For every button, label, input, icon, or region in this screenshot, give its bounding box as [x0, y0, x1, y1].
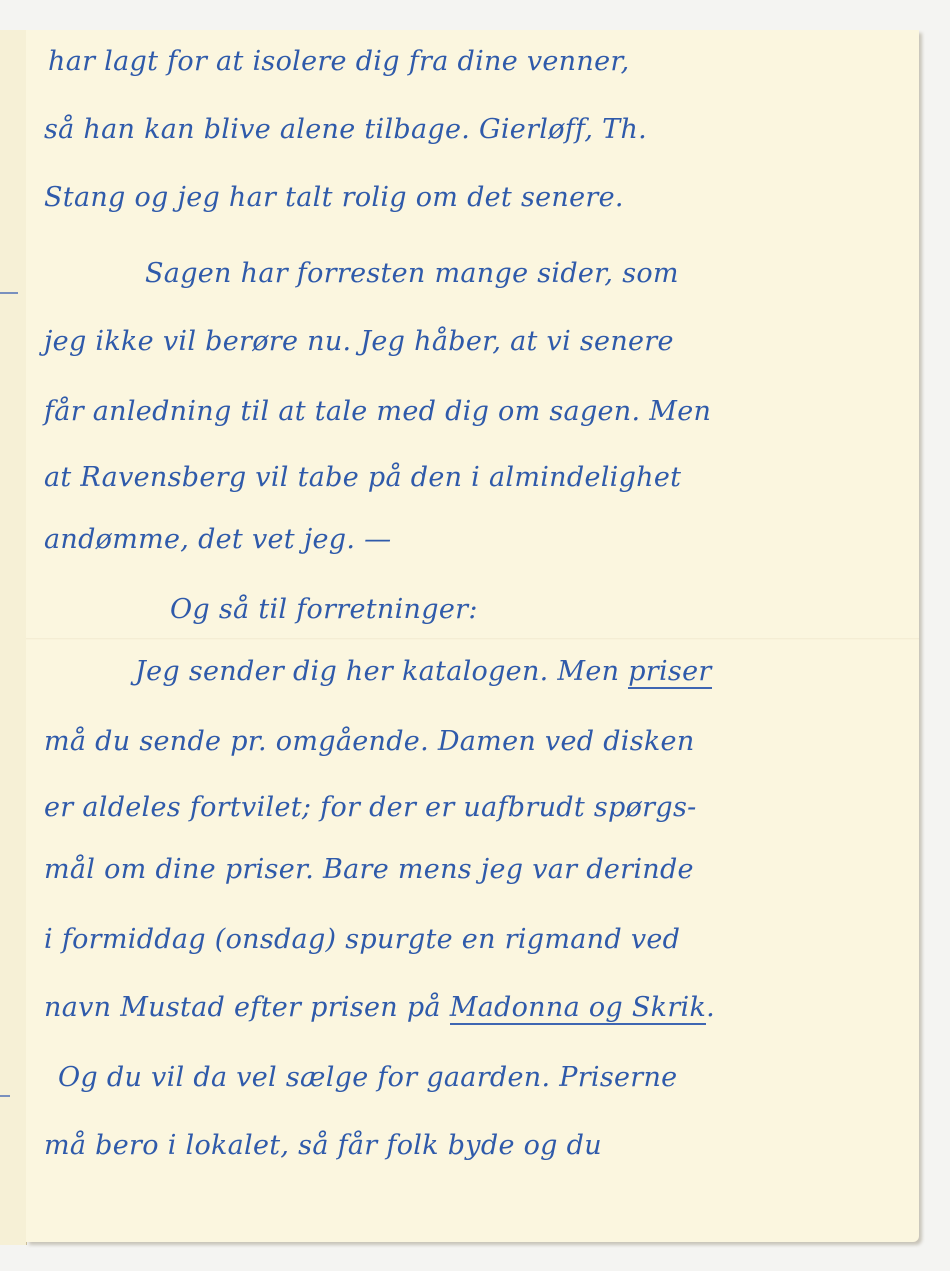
- text-line: må bero i lokalet, så får folk byde og d…: [44, 1128, 602, 1164]
- text-line: så han kan blive alene tilbage. Gierløff…: [44, 112, 647, 148]
- text-line: Og du vil da vel sælge for gaarden. Pris…: [58, 1060, 677, 1096]
- text-line: Sagen har forresten mange sider, som: [145, 256, 679, 292]
- facing-page-edge: [0, 30, 27, 1245]
- text-line: andømme, det vet jeg. —: [44, 522, 391, 558]
- text-line: er aldeles fortvilet; for der er uafbrud…: [44, 790, 697, 826]
- ink-mark: [0, 1095, 10, 1097]
- text-line: at Ravensberg vil tabe på den i almindel…: [44, 460, 681, 496]
- text-line: mål om dine priser. Bare mens jeg var de…: [44, 852, 694, 888]
- text-line: har lagt for at isolere dig fra dine ven…: [48, 44, 629, 80]
- letter-page: har lagt for at isolere dig fra dine ven…: [26, 30, 919, 1242]
- text-line: navn Mustad efter prisen på Madonna og S…: [44, 990, 715, 1026]
- text-line: Jeg sender dig her katalogen. Men priser: [135, 654, 712, 690]
- text-line: må du sende pr. omgående. Damen ved disk…: [44, 724, 695, 760]
- text-line: jeg ikke vil berøre nu. Jeg håber, at vi…: [44, 324, 674, 360]
- text-line: Og så til forretninger:: [170, 592, 478, 628]
- text-line: får anledning til at tale med dig om sag…: [44, 394, 711, 430]
- text-line: Stang og jeg har talt rolig om det sener…: [44, 180, 624, 216]
- ink-mark: [0, 292, 18, 294]
- text-line: i formiddag (onsdag) spurgte en rigmand …: [44, 922, 680, 958]
